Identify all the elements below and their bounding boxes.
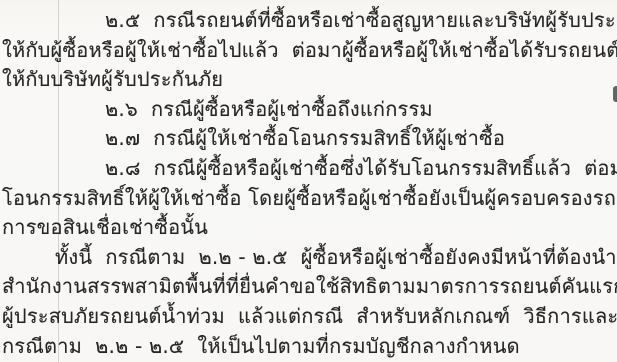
document-text: ๒.๕ กรณีรถยนต์ที่ซื้อหรือเช่าซื้อสูญหายแ…	[2, 6, 615, 361]
text-line: ผู้ประสบภัยรถยนต์น้ำท่วม แล้วแต่กรณี สำห…	[2, 302, 615, 332]
text-line: โอนกรรมสิทธิ์ให้ผู้ให้เช่าซื้อ โดยผู้ซื้…	[2, 184, 615, 214]
text-line: การขอสินเชื่อเช่าซื้อนั้น	[2, 213, 615, 243]
text-line: ๒.๖ กรณีผู้ซื้อหรือผู้เช่าซื้อถึงแก่กรรม	[2, 95, 615, 125]
text-line: กรณีตาม ๒.๒ - ๒.๕ ให้เป็นไปตามที่กรมบัญช…	[2, 332, 615, 362]
text-line: ให้กับผู้ซื้อหรือผู้ให้เช่าซื้อไปแล้ว ต่…	[2, 36, 615, 66]
text-line: ๒.๘ กรณีผู้ซื้อหรือผู้เช่าซื้อซึ่งได้รับ…	[2, 154, 615, 184]
text-line: ทั้งนี้ กรณีตาม ๒.๒ - ๒.๕ ผู้ซื้อหรือผู้…	[2, 243, 615, 273]
document-page: ๒.๕ กรณีรถยนต์ที่ซื้อหรือเช่าซื้อสูญหายแ…	[0, 0, 617, 362]
text-line: ๒.๕ กรณีรถยนต์ที่ซื้อหรือเช่าซื้อสูญหายแ…	[2, 6, 615, 36]
text-line: สำนักงานสรรพสามิตพื้นที่ที่ยื่นคำขอใช้สิ…	[2, 272, 615, 302]
text-line: ให้กับบริษัทผู้รับประกันภัย	[2, 65, 615, 95]
text-line: ๒.๗ กรณีผู้ให้เช่าซื้อโอนกรรมสิทธิ์ให้ผู…	[2, 124, 615, 154]
